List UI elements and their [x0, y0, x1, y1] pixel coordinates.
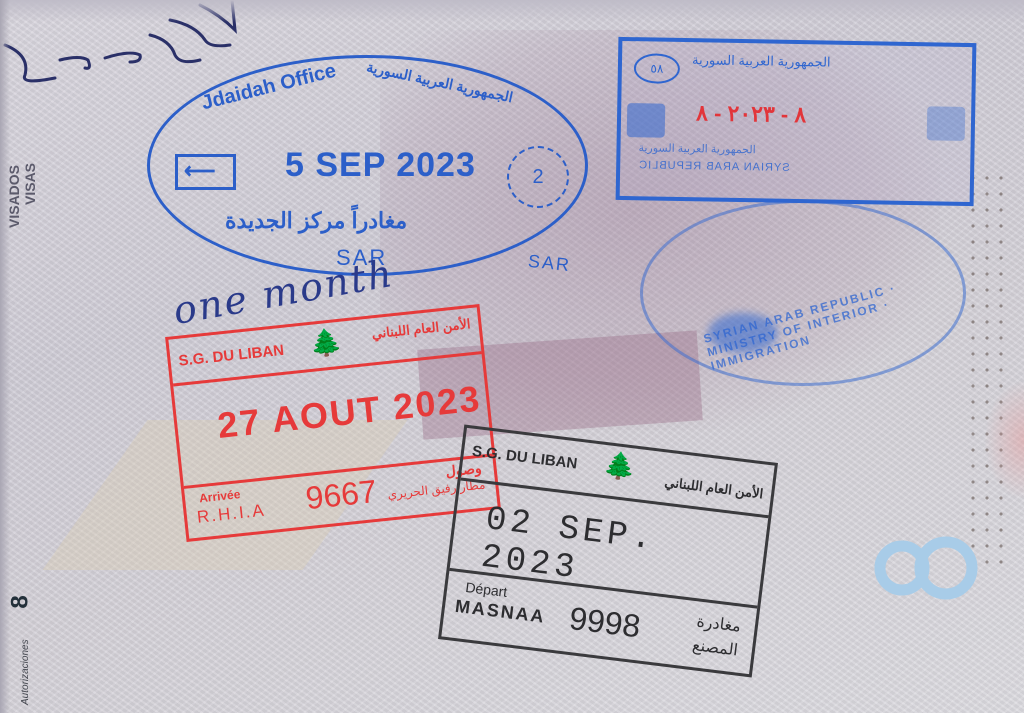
syria-entry-stamp: ٥٨ الجمهورية العربية السورية ٨ - ٢٠٢٣ - … — [616, 37, 977, 206]
stamp-agency-ar: الأمن العام اللبناني — [371, 316, 471, 342]
syria-round-stamp: SYRIAN ARAB REPUBLIC · MINISTRY OF INTER… — [640, 200, 966, 386]
stamp-number: 9667 — [304, 473, 379, 517]
stamp-footer-ar: الجمهورية العربية السورية — [638, 141, 755, 156]
stamp-point-code: MASNAA — [454, 596, 547, 628]
emblem-icon — [927, 106, 966, 141]
cedar-icon: 🌲 — [308, 326, 343, 359]
stamp-kind-ar: مغادرة — [695, 611, 742, 636]
side-label-visados: VISADOS — [6, 165, 22, 228]
lebanon-arrival-stamp: S.G. DU LIBAN 🌲 الأمن العام اللبناني 27 … — [165, 304, 501, 542]
exit-arrow-icon: ⟵ — [175, 154, 236, 190]
stamp-agency: S.G. DU LIBAN — [471, 443, 578, 473]
stamp-footer-en: SYRIAN ARAB REPUBLIC — [638, 159, 790, 174]
side-label-visas: VISAS — [22, 163, 38, 205]
stamp-footer: Arrivée R.H.I.A 9667 وصول مطار رفيق الحر… — [184, 454, 498, 539]
laser-perforation-dots — [966, 170, 1006, 570]
lebanon-departure-stamp: S.G. DU LIBAN 🌲 الأمن العام اللبناني 02 … — [438, 425, 778, 678]
cedar-icon: 🌲 — [602, 449, 638, 483]
stamp-number: 9998 — [567, 600, 642, 645]
stamp-date: 27 AOUT 2023 — [215, 378, 483, 447]
page-number: 8 — [7, 595, 35, 608]
page-subtitle: Autorizaciones — [20, 639, 31, 705]
stamp-agency: S.G. DU LIBAN — [178, 342, 285, 370]
stamp-label-ar: مغادراً مركز الجديدة — [225, 208, 407, 234]
stamp-code: ٥٨ — [634, 53, 681, 84]
syria-jdaidah-exit-stamp: Jdaidah Office الجمهورية العربية السورية… — [147, 55, 588, 276]
officer-mark: SAR — [527, 251, 572, 276]
stamp-date: ٨ - ٢٠٢٣ - ٨ — [696, 100, 806, 128]
booth-number: 2 — [507, 146, 569, 208]
security-print-edge — [984, 380, 1024, 500]
stamp-agency-ar: الأمن العام اللبناني — [664, 474, 764, 502]
stamp-header-ar: الجمهورية العربية السورية — [692, 52, 831, 70]
passport-visa-page: VISADOS VISAS 8 Autorizaciones SYRIAN AR… — [0, 0, 1024, 713]
stamp-date: 5 SEP 2023 — [285, 146, 476, 185]
emblem-icon — [627, 103, 666, 138]
arrow-left-icon: ⟵ — [184, 158, 216, 184]
stamp-point-ar: المصنع — [691, 635, 739, 660]
page-top-edge — [0, 0, 1024, 22]
page-number-watermark-icon — [872, 534, 980, 602]
